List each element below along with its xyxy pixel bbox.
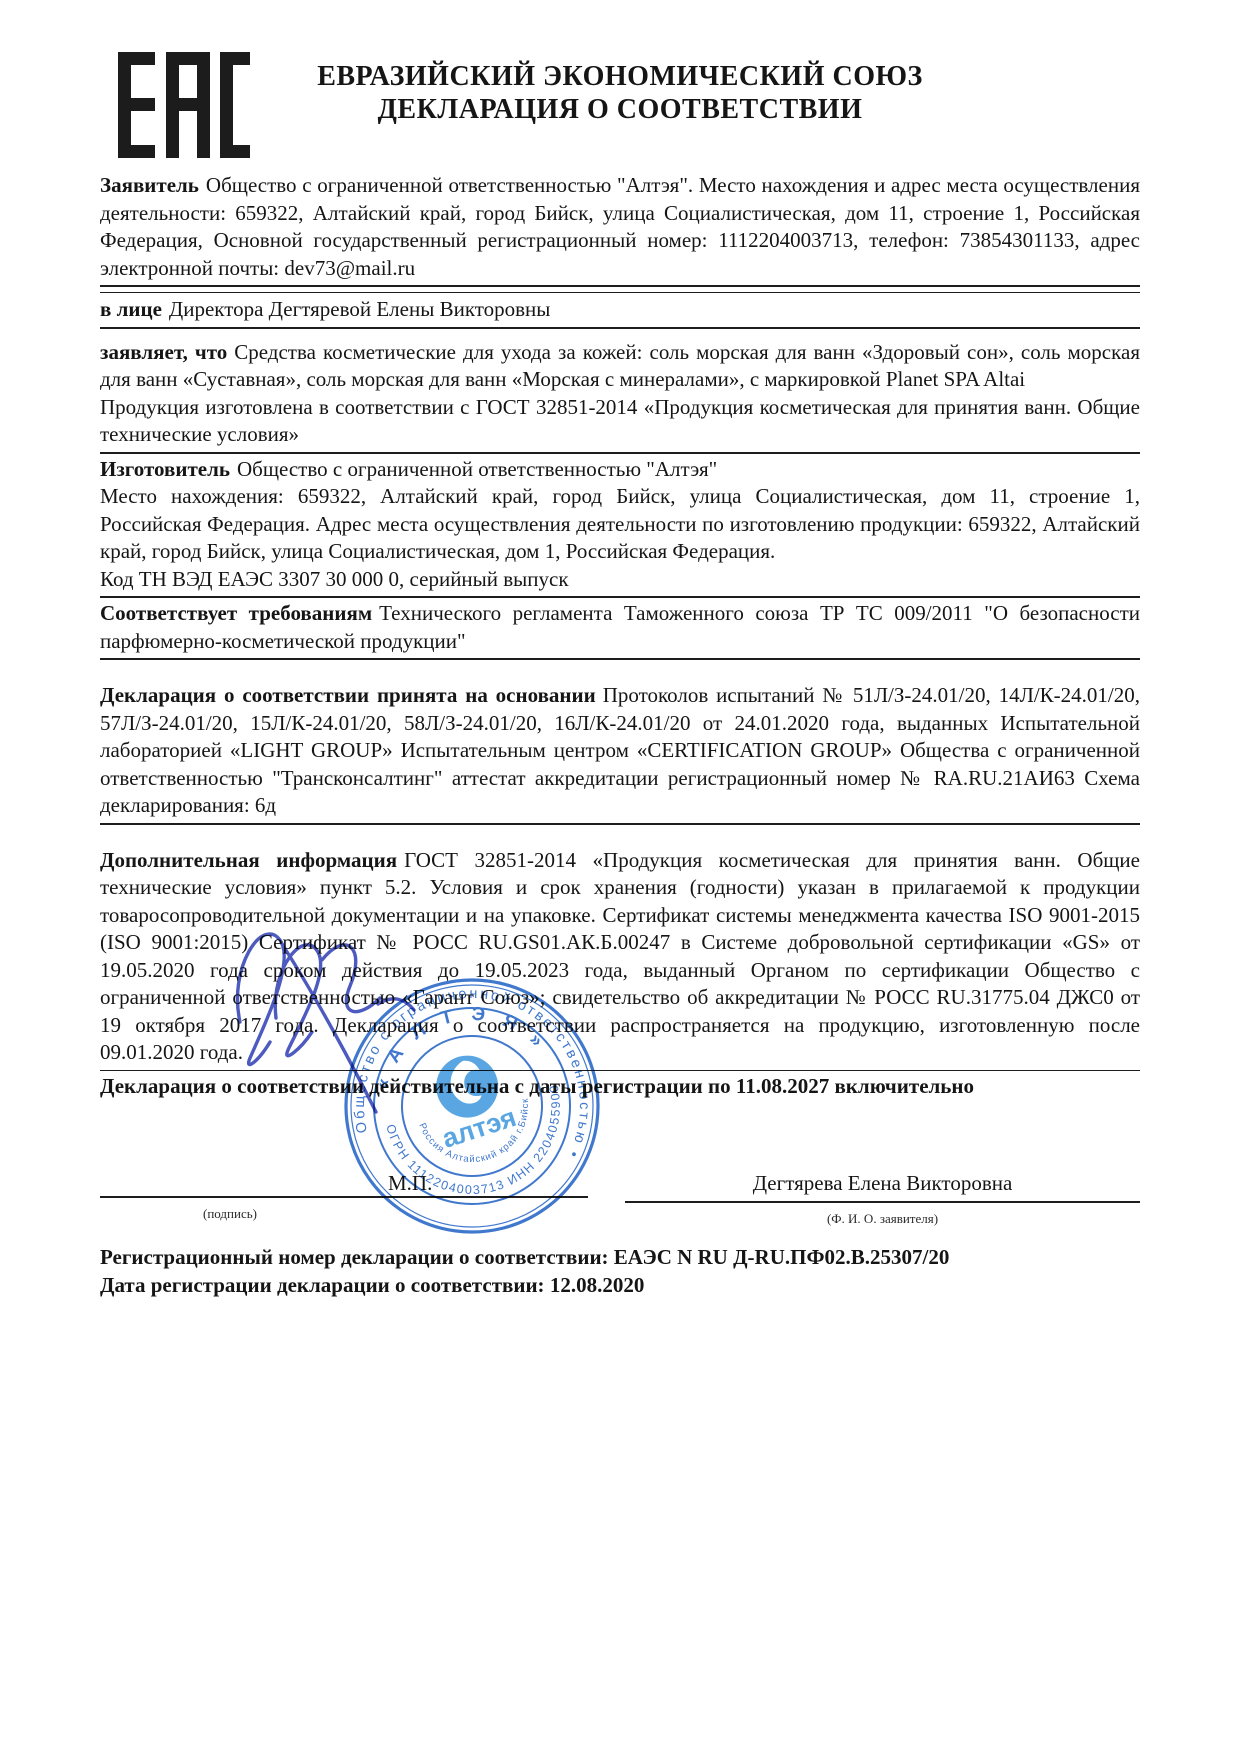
signature-caption: (подпись) <box>100 1200 360 1228</box>
registration-number: Регистрационный номер декларации о соотв… <box>100 1244 1140 1272</box>
signature-row: (подпись) М.П. Дегтярева Елена Викторовн… <box>100 1134 1140 1244</box>
registration-date-value: 12.08.2020 <box>550 1273 645 1297</box>
declares-text: Средства косметические для ухода за коже… <box>100 340 1140 392</box>
stamp-place-label: М.П. <box>388 1170 432 1198</box>
signer-name-area: Дегтярева Елена Викторовна (Ф. И. О. зая… <box>625 1134 1140 1232</box>
additional-label: Дополнительная информация <box>100 848 397 872</box>
divider <box>100 596 1140 598</box>
divider <box>100 823 1140 825</box>
additional-text: ГОСТ 32851-2014 «Продукция косметическая… <box>100 848 1140 1065</box>
document-page: ЕВРАЗИЙСКИЙ ЭКОНОМИЧЕСКИЙ СОЮЗ ДЕКЛАРАЦИ… <box>0 0 1240 1753</box>
signer-name: Дегтярева Елена Викторовна <box>625 1170 1140 1198</box>
registration-number-label: Регистрационный номер декларации о соотв… <box>100 1245 609 1269</box>
document-body: ЗаявительОбщество с ограниченной ответст… <box>100 172 1140 1299</box>
manufacturer-code: Код ТН ВЭД ЕАЭС 3307 30 000 0, серийный … <box>100 566 1140 594</box>
signature-area: (подпись) <box>100 1134 588 1228</box>
manufacturer-name: Общество с ограниченной ответственностью… <box>237 457 717 481</box>
section-basis: Декларация о соответствии принята на осн… <box>100 682 1140 820</box>
in-person-label: в лице <box>100 297 162 321</box>
section-manufacturer: ИзготовительОбщество с ограниченной отве… <box>100 456 1140 484</box>
registration-date: Дата регистрации декларации о соответств… <box>100 1272 1140 1300</box>
registration-number-value: ЕАЭС N RU Д-RU.ПФ02.В.25307/20 <box>614 1245 950 1269</box>
in-person-text: Директора Дегтяревой Елены Викторовны <box>169 297 551 321</box>
title-union: ЕВРАЗИЙСКИЙ ЭКОНОМИЧЕСКИЙ СОЮЗ <box>0 60 1240 93</box>
section-applicant: ЗаявительОбщество с ограниченной ответст… <box>100 172 1140 282</box>
title-declaration: ДЕКЛАРАЦИЯ О СООТВЕТСТВИИ <box>0 93 1240 126</box>
applicant-text: Общество с ограниченной ответственностью… <box>100 173 1140 280</box>
applicant-label: Заявитель <box>100 173 199 197</box>
document-header: ЕВРАЗИЙСКИЙ ЭКОНОМИЧЕСКИЙ СОЮЗ ДЕКЛАРАЦИ… <box>0 60 1240 126</box>
divider <box>100 452 1140 454</box>
declares-gost-text: Продукция изготовлена в соответствии с Г… <box>100 394 1140 449</box>
manufacturer-label: Изготовитель <box>100 457 230 481</box>
section-complies: Соответствует требованиямТехнического ре… <box>100 600 1140 655</box>
manufacturer-address: Место нахождения: 659322, Алтайский край… <box>100 483 1140 566</box>
section-declares: заявляет, чтоСредства косметические для … <box>100 339 1140 394</box>
signer-name-caption: (Ф. И. О. заявителя) <box>625 1205 1140 1233</box>
complies-label: Соответствует требованиям <box>100 601 372 625</box>
basis-label: Декларация о соответствии принята на осн… <box>100 683 596 707</box>
section-additional: Дополнительная информацияГОСТ 32851-2014… <box>100 847 1140 1067</box>
divider <box>100 327 1140 329</box>
divider <box>100 658 1140 660</box>
declares-label: заявляет, что <box>100 340 227 364</box>
signer-name-line <box>625 1201 1140 1203</box>
validity-statement: Декларация о соответствии действительна … <box>100 1073 1140 1101</box>
section-in-person: в лицеДиректора Дегтяревой Елены Викторо… <box>100 296 1140 324</box>
divider <box>100 285 1140 293</box>
registration-date-label: Дата регистрации декларации о соответств… <box>100 1273 545 1297</box>
divider <box>100 1070 1140 1071</box>
signature-line <box>100 1196 588 1198</box>
